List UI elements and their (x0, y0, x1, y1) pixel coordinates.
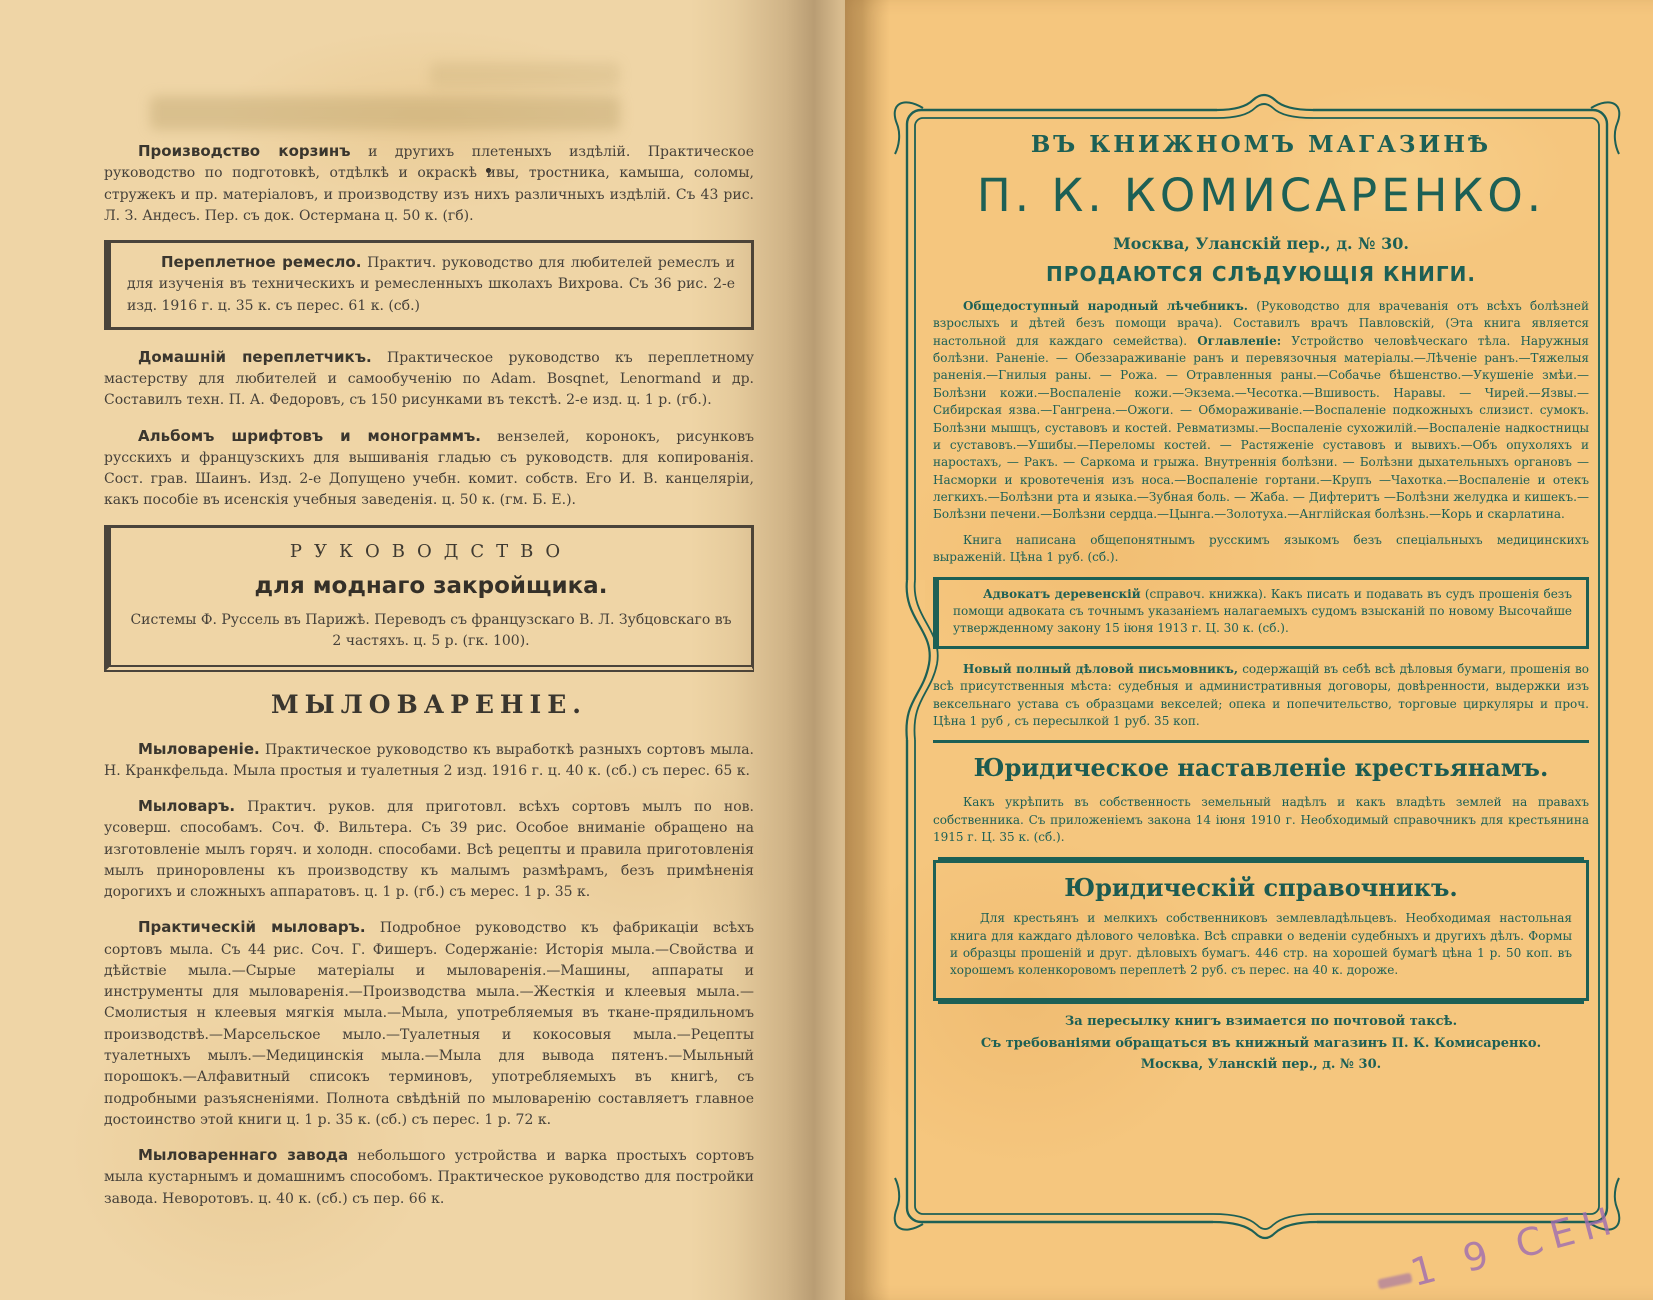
books-for-sale-subheader: ПРОДАЮТСЯ СЛѢДУЮЩІЯ КНИГИ. (933, 260, 1589, 289)
store-address: Москва, Уланскій пер., д. № 30. (933, 232, 1589, 255)
rukovodstvo-subtitle: для моднаго закройщика. (125, 569, 737, 604)
rukovodstvo-title: РУКОВОДСТВО (125, 538, 737, 565)
section-heading-mylovarenie: МЫЛОВАРЕНІЕ. (104, 686, 754, 724)
entry-remeslo: Переплетное ремесло. Практич. руководств… (127, 251, 735, 317)
entry-lechebnik-toc: Устройство человѣческаго тѣла. Наружныя … (933, 334, 1589, 522)
ink-bleed-through (150, 96, 620, 130)
entry-spravochnik-text: Для крестьянъ и мелкихъ собственниковъ з… (950, 910, 1572, 980)
store-name-heading: П. К. КОМИСАРЕНКО. (933, 163, 1589, 228)
entry-soap-1-title: Мыловареніе. (138, 740, 260, 758)
book-spread-scan: Производство корзинъ и другихъ плетеныхъ… (0, 0, 1653, 1300)
store-header-line: ВЪ КНИЖНОМЪ МАГАЗИНѢ (933, 128, 1589, 161)
footer-line-address: Москва, Уланскій пер., д. № 30. (933, 1056, 1589, 1075)
page-footer: За пересылку книгъ взимается по почтовой… (933, 1013, 1589, 1076)
entry-perepletchik-title: Домашній переплетчикъ. (138, 348, 372, 366)
entry-lechebnik: Общедоступный народный лѣчебникъ. (Руков… (933, 298, 1589, 524)
entry-soap-4: Мыловареннаго завода небольшого устройст… (104, 1144, 754, 1210)
entry-advokat-title: Адвокатъ деревенскій (983, 587, 1141, 601)
entry-nastavlenie-text: Какъ укрѣпить въ собственность земельный… (933, 794, 1589, 846)
entry-soap-2-title: Мыловаръ. (138, 797, 235, 815)
entry-pismovnik: Новый полный дѣловой письмовникъ, содерж… (933, 661, 1589, 731)
ink-bleed-through (430, 62, 620, 88)
entry-soap-4-title: Мыловареннаго завода (138, 1146, 348, 1164)
entry-lechebnik-title: Общедоступный народный лѣчебникъ. (963, 299, 1248, 313)
boxed-entry-advokat: Адвокатъ деревенскій (справоч. книжка). … (933, 577, 1589, 649)
boxed-entry-remeslo: Переплетное ремесло. Практич. руководств… (104, 240, 754, 330)
entry-korziny: Производство корзинъ и другихъ плетеныхъ… (104, 140, 754, 227)
heading-spravochnik: Юридическій справочникъ. (950, 871, 1572, 906)
entry-soap-3: Практическій мыловаръ. Подробное руковод… (104, 916, 754, 1131)
left-page-content: Производство корзинъ и другихъ плетеныхъ… (104, 140, 754, 1223)
entry-albom-title: Альбомъ шрифтовъ и монограммъ. (138, 427, 481, 445)
right-page-content: ВЪ КНИЖНОМЪ МАГАЗИНѢ П. К. КОМИСАРЕНКО. … (933, 128, 1589, 1078)
section-divider (933, 740, 1589, 743)
footer-line-postage: За пересылку книгъ взимается по почтовой… (933, 1013, 1589, 1032)
left-page: Производство корзинъ и другихъ плетеныхъ… (0, 0, 845, 1300)
right-page: ВЪ КНИЖНОМЪ МАГАЗИНѢ П. К. КОМИСАРЕНКО. … (845, 0, 1653, 1300)
rukovodstvo-text: Системы Ф. Руссель въ Парижѣ. Переводъ с… (125, 610, 737, 653)
heading-nastavlenie: Юридическое наставленіе крестьянамъ. (933, 751, 1589, 786)
entry-korziny-title: Производство корзинъ (138, 142, 351, 160)
entry-soap-3-text: Подробное руководство къ фабрикаціи всѣх… (104, 920, 754, 1127)
entry-albom: Альбомъ шрифтовъ и монограммъ. вензелей,… (104, 425, 754, 512)
entry-remeslo-title: Переплетное ремесло. (161, 253, 361, 271)
entry-advokat: Адвокатъ деревенскій (справоч. книжка). … (953, 586, 1572, 638)
boxed-entry-spravochnik: Юридическій справочникъ. Для крестьянъ и… (933, 860, 1589, 1000)
entry-pismovnik-title: Новый полный дѣловой письмовникъ, (963, 662, 1238, 676)
entry-soap-3-title: Практическій мыловаръ. (138, 918, 366, 936)
entry-lechebnik-toc-label: Оглавленіе: (1197, 334, 1281, 348)
footer-line-orders: Съ требованіями обращаться въ книжный ма… (933, 1035, 1589, 1054)
entry-lechebnik-closing: Книга написана общепонятнымъ русскимъ яз… (933, 532, 1589, 567)
boxed-entry-rukovodstvo: РУКОВОДСТВО для моднаго закройщика. Сист… (104, 525, 754, 672)
entry-soap-1: Мыловареніе. Практическое руководство къ… (104, 738, 754, 783)
entry-perepletchik: Домашній переплетчикъ. Практическое руко… (104, 346, 754, 412)
entry-soap-2: Мыловаръ. Практич. руков. для приготовл.… (104, 795, 754, 903)
